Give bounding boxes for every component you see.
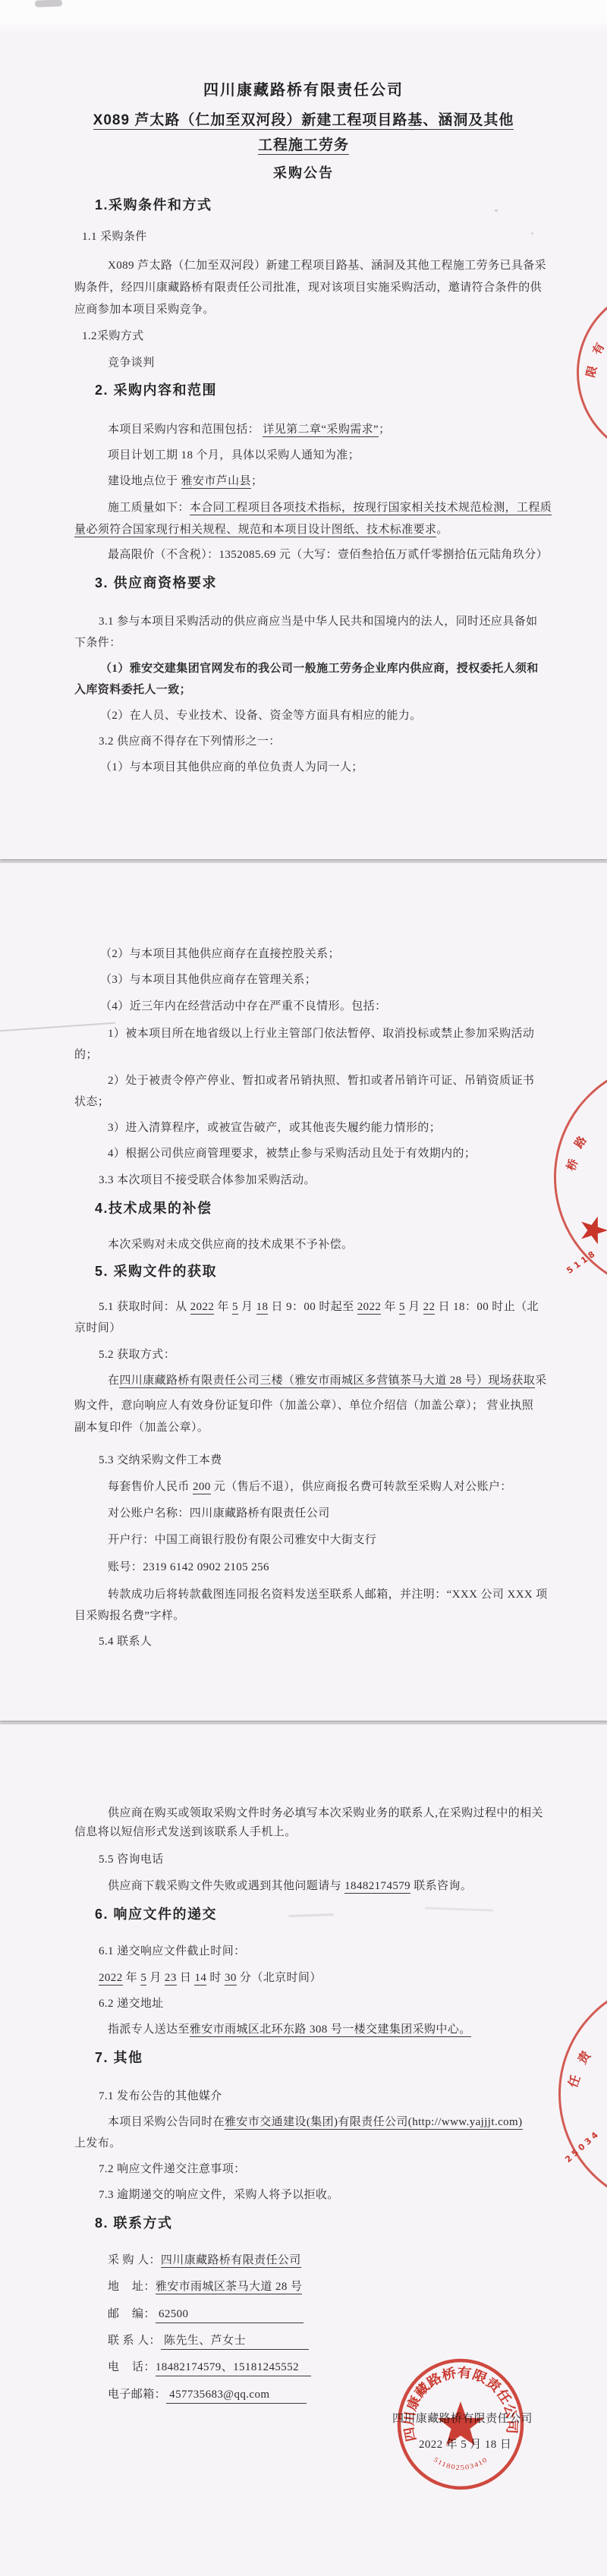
doc-line: 4）根据公司供应商管理要求，被禁止参与采购活动且处于有效期内的； xyxy=(108,1147,476,1161)
doc-line: 本项目采购公告同时在雅安市交通建设(集团)有限责任公司(http://www.y… xyxy=(108,2115,523,2130)
text: 日 xyxy=(177,1972,195,1984)
text: 5. 采购文件的获取 xyxy=(95,1264,217,1279)
text: 电子邮箱： xyxy=(108,2389,166,2401)
doc-line: 竞争谈判 xyxy=(108,356,155,370)
text: 元（售后不退），供应商报名费可转款至采购人对公账户： xyxy=(211,1481,512,1493)
star-icon xyxy=(438,2401,484,2445)
underlined-text: 22 xyxy=(423,1301,436,1315)
underlined-text: 雅安市芦山县 xyxy=(181,475,251,489)
text: 5.2 获取方式： xyxy=(99,1349,175,1361)
doc-line: 7.1 发布公告的其他媒介 xyxy=(99,2089,222,2104)
doc-line: 3.1 参与本项目采购活动的供应商应当是中华人民共和国境内的法人，同时还应具备如 xyxy=(99,615,538,629)
doc-line: （1）与本项目其他供应商的单位负责人为同一人； xyxy=(100,761,363,775)
text: 供应商下载采购文件失败或遇到其他问题请与 xyxy=(108,1880,344,1892)
doc-line: 5.2 获取方式： xyxy=(99,1348,175,1362)
text: 分（北京时间） xyxy=(237,1972,322,1984)
text: 副本复印件（加盖公章）。 xyxy=(74,1422,209,1434)
doc-line: 指派专人送达至雅安市雨城区北环东路 308 号一楼交建集团采购中心。 xyxy=(108,2023,471,2037)
doc-line: 5.3 交纳采购文件工本费 xyxy=(99,1453,222,1468)
text: 时 xyxy=(206,1972,225,1984)
text: 账号：2319 6142 0902 2105 256 xyxy=(108,1561,269,1573)
text: 购文件，意向响应人有效身份证复印件（加盖公章）、单位介绍信（加盖公章）； 营业执… xyxy=(74,1400,533,1412)
doc-line: 采 购 人：四川康藏路桥有限责任公司 xyxy=(108,2253,301,2268)
doc-line: X089 芦太路（仁加至双河段）新建工程项目路基、涵洞及其他工程施工劳务已具备采 xyxy=(108,259,546,273)
text: 。 xyxy=(436,524,448,536)
doc-line: 联 系 人： 陈先生、芦女士 xyxy=(108,2334,309,2350)
doc-line: 账号：2319 6142 0902 2105 256 xyxy=(108,1560,269,1575)
doc-line: 1）被本项目所在地省级以上行业主管部门依法暂停、取消投标或禁止参加采购活动 xyxy=(108,1027,534,1041)
doc-line: X089 芦太路（仁加至双河段）新建工程项目路基、涵洞及其他 xyxy=(0,113,607,128)
underlined-text: 30 xyxy=(225,1972,237,1986)
doc-line: 1.1 采购条件 xyxy=(82,230,147,244)
underlined-text: 2022 xyxy=(357,1301,382,1315)
doc-line: 地 址：雅安市雨城区茶马大道 28 号 xyxy=(108,2280,302,2294)
doc-line: 副本复印件（加盖公章）。 xyxy=(74,1421,209,1435)
doc-line: 3）进入清算程序，或被宣告破产，或其他丧失履约能力情形的； xyxy=(108,1121,441,1135)
text: 项目计划工期 18 个月，具体以采购人通知为准； xyxy=(108,449,360,461)
doc-line: 本次采购对未成交供应商的技术成果不予补偿。 xyxy=(108,1238,353,1252)
text: ； xyxy=(379,424,390,436)
text: 年 xyxy=(381,1301,399,1313)
text: 联系咨询。 xyxy=(410,1880,472,1892)
doc-line: 供应商下载采购文件失败或遇到其他问题请与 18482174579 联系咨询。 xyxy=(108,1879,472,1894)
doc-line: 本项目采购内容和范围包括： 详见第二章“采购需求”； xyxy=(108,423,390,437)
stamp-glyph: 桥 xyxy=(565,1157,580,1173)
text: 入库资料委托人一致； xyxy=(74,684,191,696)
doc-line: 7.3 逾期递交的响应文件，采购人将予以拒收。 xyxy=(99,2188,339,2203)
text: 京时间） xyxy=(74,1322,121,1334)
underlined-text: 14 xyxy=(194,1972,206,1986)
underlined-text: 雅安市交通建设(集团)有限责任公司(http://www.yajjjt.com) xyxy=(225,2116,523,2130)
text: 电 话： xyxy=(108,2361,156,2373)
doc-line: 施工质量如下：本合同工程项目各项技术指标，按现行国家相关技术规范检测，工程质 xyxy=(108,501,552,515)
scan-artifact xyxy=(531,232,533,235)
doc-line: 5.4 联系人 xyxy=(99,1635,152,1649)
text: 月 xyxy=(405,1301,423,1313)
text: 下条件： xyxy=(74,637,121,649)
company-seal-stamp: 四川康藏路桥有限责任公司 5118025034105 xyxy=(396,2357,525,2491)
text: 购条件，经四川康藏路桥有限责任公司批准，现对该项目实施采购活动，邀请符合条件的供 xyxy=(74,282,542,294)
text: 月 xyxy=(238,1301,256,1313)
underlined-text: 四川康藏路桥有限责任公司三楼（雅安市雨城区多营镇茶马大道 28 号）现场获取 xyxy=(119,1375,535,1388)
text: X089 芦太路（仁加至双河段）新建工程项目路基、涵洞及其他工程施工劳务已具备采 xyxy=(108,260,546,272)
underlined-text: 量必须符合国家现行相关规程、规范和本项目设计图纸、技术标准要求 xyxy=(74,524,436,537)
doc-line: 开户行：中国工商银行股份有限公司雅安中大街支行 xyxy=(108,1533,376,1548)
text: 2. 采购内容和范围 xyxy=(95,383,217,398)
doc-line: 3.2 供应商不得存在下列情形之一： xyxy=(99,735,281,749)
doc-line: 7.2 响应文件递交注意事项： xyxy=(99,2162,246,2177)
doc-line: 在四川康藏路桥有限责任公司三楼（雅安市雨城区多营镇茶马大道 28 号）现场获取采 xyxy=(108,1374,547,1388)
stamp-glyph: 责 xyxy=(576,2049,593,2066)
section-heading: 2. 采购内容和范围 xyxy=(95,383,217,398)
underlined-text: 18482174579 xyxy=(344,1880,410,1894)
text: 3. 供应商资格要求 xyxy=(95,575,217,590)
doc-line: 采购公告 xyxy=(0,166,607,181)
underlined-text: 2022 xyxy=(190,1301,215,1315)
text: 1.2采购方式 xyxy=(82,330,144,342)
text: 3.2 供应商不得存在下列情形之一： xyxy=(99,735,281,748)
doc-line: 工程施工劳务 xyxy=(0,138,607,153)
doc-line: 购条件，经四川康藏路桥有限责任公司批准，现对该项目实施采购活动，邀请符合条件的供 xyxy=(74,281,542,295)
text: 最高限价（不含税）：1352085.69 元（大写：壹佰叁拾伍万贰仟零捌拾伍元陆… xyxy=(108,549,548,561)
text: 8. 联系方式 xyxy=(95,2215,173,2231)
section-heading: 3. 供应商资格要求 xyxy=(95,576,217,590)
text: （1）与本项目其他供应商的单位负责人为同一人； xyxy=(100,761,363,773)
section-heading: 4.技术成果的补偿 xyxy=(95,1201,212,1216)
text: 3）进入清算程序，或被宣告破产，或其他丧失履约能力情形的； xyxy=(108,1122,441,1134)
doc-line: 6.1 递交响应文件截止时间： xyxy=(99,1945,246,1959)
stamp-glyph: 限 xyxy=(585,364,599,378)
stamp-glyph: 任 xyxy=(567,2074,583,2089)
text: （4）近三年内在经营活动中存在严重不良情形。包括： xyxy=(100,1000,387,1012)
stamp-glyph: 有 xyxy=(591,342,606,357)
text: 四川康藏路桥有限责任公司 xyxy=(203,82,404,99)
scan-artifact xyxy=(495,209,498,212)
text: 的； xyxy=(74,1049,98,1061)
section-heading: 5. 采购文件的获取 xyxy=(95,1264,217,1279)
underlined-text: 雅安市雨城区茶马大道 28 号 xyxy=(156,2281,303,2294)
doc-line: 每套售价人民币 200 元（售后不退），供应商报名费可转款至采购人对公账户： xyxy=(108,1480,512,1494)
doc-line: 信息将以短信形式发送到该联系人手机上。 xyxy=(74,1825,297,1840)
underlined-text: 工程施工劳务 xyxy=(258,137,349,155)
text: 目采购报名费”字样。 xyxy=(74,1610,185,1622)
text: 6.2 递交地址 xyxy=(99,1998,164,2010)
doc-line: 应商参加本项目采购竞争。 xyxy=(74,303,215,317)
doc-line: （3）与本项目其他供应商存在管理关系； xyxy=(100,973,316,987)
doc-line: 邮 编： 62500 xyxy=(108,2307,303,2323)
text: 7.3 逾期递交的响应文件，采购人将予以拒收。 xyxy=(99,2189,339,2201)
text: 采 xyxy=(535,1375,546,1387)
text: 3.1 参与本项目采购活动的供应商应当是中华人民共和国境内的法人，同时还应具备如 xyxy=(99,616,538,628)
underlined-text: 陈先生、芦女士 xyxy=(161,2334,309,2350)
doc-line: 2）处于被责令停产停业、暂扣或者吊销执照、暂扣或者吊销许可证、吊销资质证书 xyxy=(108,1074,534,1088)
text: 本次采购对未成交供应商的技术成果不予补偿。 xyxy=(108,1239,353,1251)
text: 1）被本项目所在地省级以上行业主管部门依法暂停、取消投标或禁止参加采购活动 xyxy=(108,1028,534,1040)
section-heading: 6. 响应文件的递交 xyxy=(95,1907,217,1922)
text: 采购公告 xyxy=(273,165,334,181)
doc-line: 电子邮箱： 457735683@qq.com xyxy=(108,2388,307,2404)
doc-line: 量必须符合国家现行相关规程、规范和本项目设计图纸、技术标准要求。 xyxy=(74,523,448,537)
text: 应商参加本项目采购竞争。 xyxy=(74,304,215,316)
section-heading: 1.采购条件和方式 xyxy=(95,198,212,213)
text: （3）与本项目其他供应商存在管理关系； xyxy=(100,974,316,986)
underlined-text: X089 芦太路（仁加至双河段）新建工程项目路基、涵洞及其他 xyxy=(93,112,514,130)
text: ； xyxy=(251,475,263,487)
text: 每套售价人民币 xyxy=(108,1481,193,1493)
doc-line: 上发布。 xyxy=(74,2137,121,2151)
text: 本项目采购内容和范围包括： xyxy=(108,424,263,436)
text: （2）在人员、专业技术、设备、资金等方面具有相应的能力。 xyxy=(100,710,422,722)
text: 5.1 获取时间：从 xyxy=(99,1301,190,1313)
text: 建设地点位于 xyxy=(108,475,181,487)
text: 上发布。 xyxy=(74,2137,121,2149)
doc-line: 5.1 获取时间：从 2022 年 5 月 18 日 9：00 时起至 2022… xyxy=(99,1300,539,1315)
doc-line: 四川康藏路桥有限责任公司 xyxy=(0,83,607,98)
underlined-text: 2022 xyxy=(99,1972,123,1986)
doc-line: 最高限价（不含税）：1352085.69 元（大写：壹佰叁拾伍万贰仟零捌拾伍元陆… xyxy=(108,548,548,562)
text: 5.4 联系人 xyxy=(99,1636,152,1648)
text: （2）与本项目其他供应商存在直接控股关系； xyxy=(100,948,340,960)
doc-line: （4）近三年内在经营活动中存在严重不良情形。包括： xyxy=(100,1000,387,1014)
doc-line: 的； xyxy=(74,1048,98,1063)
text: 在 xyxy=(108,1375,119,1387)
doc-line: 下条件： xyxy=(74,636,121,650)
text: 1.1 采购条件 xyxy=(82,231,147,243)
text: 1.采购条件和方式 xyxy=(95,197,212,213)
underlined-text: 23 xyxy=(165,1972,177,1986)
doc-line: （2）与本项目其他供应商存在直接控股关系； xyxy=(100,947,340,962)
underlined-text: 200 xyxy=(193,1481,211,1494)
doc-line: 项目计划工期 18 个月，具体以采购人通知为准； xyxy=(108,449,360,463)
text: 7.1 发布公告的其他媒介 xyxy=(99,2090,222,2102)
doc-line: 供应商在购买或领取采购文件时务必填写本次采购业务的联系人,在采购过程中的相关 xyxy=(108,1806,543,1821)
text: 地 址： xyxy=(108,2281,156,2293)
doc-line: 目采购报名费”字样。 xyxy=(74,1609,185,1623)
text: 状态； xyxy=(74,1096,109,1108)
text: 2）处于被责令停产停业、暂扣或者吊销执照、暂扣或者吊销许可证、吊销资质证书 xyxy=(108,1075,534,1087)
text: 联 系 人： xyxy=(108,2335,161,2347)
underlined-text: 四川康藏路桥有限责任公司 xyxy=(161,2254,301,2268)
text: 指派专人送达至 xyxy=(108,2023,190,2036)
text: 4）根据公司供应商管理要求，被禁止参与采购活动且处于有效期内的； xyxy=(108,1148,476,1160)
doc-line: 购文件，意向响应人有效身份证复印件（加盖公章）、单位介绍信（加盖公章）； 营业执… xyxy=(74,1399,533,1413)
underlined-text: 5 xyxy=(399,1301,405,1315)
text: 供应商在购买或领取采购文件时务必填写本次采购业务的联系人,在采购过程中的相关 xyxy=(108,1807,543,1819)
doc-line: （1）雅安交建集团官网发布的我公司一般施工劳务企业库内供应商，授权委托人须和 xyxy=(100,662,539,676)
doc-line: 对公账户名称：四川康藏路桥有限责任公司 xyxy=(108,1507,330,1521)
text: 对公账户名称：四川康藏路桥有限责任公司 xyxy=(108,1507,330,1519)
text: 6. 响应文件的递交 xyxy=(95,1907,217,1922)
underlined-text: 详见第二章“采购需求” xyxy=(263,424,379,437)
text: 开户行：中国工商银行股份有限公司雅安中大街支行 xyxy=(108,1534,376,1546)
doc-line: 京时间） xyxy=(74,1321,121,1336)
text: 5.5 咨询电话 xyxy=(99,1853,164,1866)
doc-line: 6.2 递交地址 xyxy=(99,1997,164,2011)
underlined-text: 5 xyxy=(232,1301,238,1315)
text: 竞争谈判 xyxy=(108,357,155,369)
text: 日 18：00 时止（北 xyxy=(435,1301,538,1313)
underlined-text: 62500 xyxy=(156,2307,303,2323)
underlined-text: 18482174579、15181245552 xyxy=(156,2360,311,2376)
doc-line: 入库资料委托人一致； xyxy=(74,683,191,698)
stamp-glyph: 路 xyxy=(573,1135,589,1151)
text: 施工质量如下： xyxy=(108,502,190,514)
doc-line: 2022 年 5 月 23 日 14 时 30 分（北京时间） xyxy=(99,1971,322,1986)
text: 年 xyxy=(123,1972,141,1984)
text: 6.1 递交响应文件截止时间： xyxy=(99,1945,246,1957)
doc-line: 电 话：18482174579、15181245552 xyxy=(108,2360,311,2376)
scan-artifact xyxy=(35,0,62,8)
doc-line: 建设地点位于 雅安市芦山县； xyxy=(108,474,263,489)
text: 4.技术成果的补偿 xyxy=(95,1201,212,1216)
doc-line: 状态； xyxy=(74,1095,109,1110)
section-heading: 8. 联系方式 xyxy=(95,2216,173,2231)
text: 年 xyxy=(214,1301,232,1313)
text: 月 xyxy=(146,1972,165,1984)
section-heading: 7. 其他 xyxy=(95,2051,143,2065)
doc-line: 3.3 本次项目不接受联合体参加采购活动。 xyxy=(99,1173,316,1188)
text: 本项目采购公告同时在 xyxy=(108,2116,225,2128)
text: 日 9：00 时起至 xyxy=(268,1301,357,1313)
text: 邮 编： xyxy=(108,2308,156,2320)
underlined-text: 雅安市雨城区北环东路 308 号一楼交建集团采购中心。 xyxy=(190,2023,471,2037)
doc-line: 5.5 咨询电话 xyxy=(99,1853,164,1867)
underlined-text: 457735683@qq.com xyxy=(166,2388,307,2404)
star-icon: ★ xyxy=(572,1208,607,1252)
doc-line: （2）在人员、专业技术、设备、资金等方面具有相应的能力。 xyxy=(100,709,422,723)
text: 3.3 本次项目不接受联合体参加采购活动。 xyxy=(99,1174,316,1186)
text: 7. 其他 xyxy=(95,2050,143,2065)
doc-line: 1.2采购方式 xyxy=(82,329,144,344)
text: 采 购 人： xyxy=(108,2254,161,2266)
text: （1）雅安交建集团官网发布的我公司一般施工劳务企业库内供应商，授权委托人须和 xyxy=(100,663,539,675)
text: 7.2 响应文件递交注意事项： xyxy=(99,2163,246,2175)
text: 5.3 交纳采购文件工本费 xyxy=(99,1454,222,1466)
text: 转款成功后将转款截图连同报名资料发送至联系人邮箱，并注明：“XXX 公司 XXX… xyxy=(108,1589,548,1601)
underlined-text: 18 xyxy=(256,1301,269,1315)
doc-line: 转款成功后将转款截图连同报名资料发送至联系人邮箱，并注明：“XXX 公司 XXX… xyxy=(108,1588,548,1602)
underlined-text: 本合同工程项目各项技术指标，按现行国家相关技术规范检测，工程质 xyxy=(190,502,552,515)
text: 信息将以短信形式发送到该联系人手机上。 xyxy=(74,1826,297,1838)
scanned-document: 四川康藏路桥有限责任公司 5118025034105 四川康藏路桥有限责任公司X… xyxy=(0,0,607,2576)
